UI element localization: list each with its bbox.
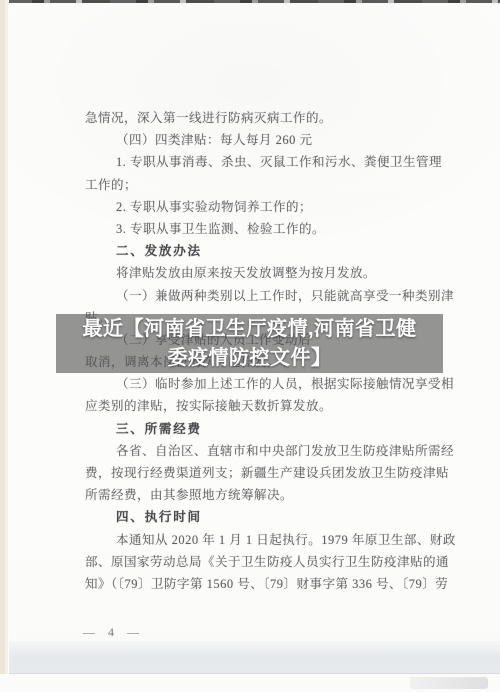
document-line: 2. 专职从事实验动物饲养工作的； (85, 196, 455, 218)
document-line: 各省、自治区、直辖市和中央部门发放卫生防疫津贴所需经 (85, 440, 455, 462)
document-line: （一）兼做两种类别以上工作时，只能就高享受一种类别津 (85, 285, 455, 307)
document-line: 本通知从 2020 年 1 月 1 日起执行。1979 年原卫生部、财政 (85, 529, 455, 551)
caption-banner: 最近【河南省卫生厅疫情,河南省卫健 委疫情防控文件】 (56, 314, 443, 373)
caption-line-1: 最近【河南省卫生厅疫情,河南省卫健 (82, 315, 416, 344)
document-line: 急情况，深入第一线进行防病灭病工作的。 (85, 107, 455, 129)
document-line: （三）临时参加上述工作的人员，根据实际接触情况享受相 (85, 373, 455, 395)
paper-bottom-shadow (9, 641, 500, 674)
caption-line-2: 委疫情防控文件】 (168, 344, 332, 373)
page-left-edge-strip (0, 0, 9, 674)
document-line: 应类别的津贴，按实际接触天数折算发放。 (85, 395, 455, 417)
document-line: 部、原国家劳动总局《关于卫生防疫人员实行卫生防疫津贴的通 (85, 551, 455, 573)
document-line: （四）四类津贴：每人每月 260 元 (85, 129, 455, 151)
section-heading: 四、执行时间 (85, 506, 455, 528)
section-heading: 三、所需经费 (85, 418, 455, 440)
page-number: — 4 — (83, 625, 144, 640)
document-line: 工作的； (85, 174, 455, 196)
document-line: 将津贴发放由原来按天发放调整为按月发放。 (85, 262, 455, 284)
scan-top-edge (6, 0, 500, 3)
scanned-document-page: 急情况，深入第一线进行防病灭病工作的。（四）四类津贴：每人每月 260 元1. … (0, 0, 500, 692)
document-line: 费，按现行经费渠道列支；新疆生产建设兵团发放卫生防疫津贴 (85, 462, 455, 484)
section-heading: 二、发放办法 (85, 240, 455, 262)
document-line: 知》（〔79〕卫防字第 1560 号、〔79〕财事字第 336 号、〔79〕劳 (85, 573, 455, 595)
scan-background-bottom (0, 674, 500, 692)
document-line: 1. 专职从事消毒、杀虫、灭鼠工作和污水、粪便卫生管理 (85, 151, 455, 173)
document-line: 所需经费，由其参照地方统筹解决。 (85, 484, 455, 506)
document-line: 3. 专职从事卫生监测、检验工作的。 (85, 218, 455, 240)
scan-smudge (410, 677, 488, 689)
